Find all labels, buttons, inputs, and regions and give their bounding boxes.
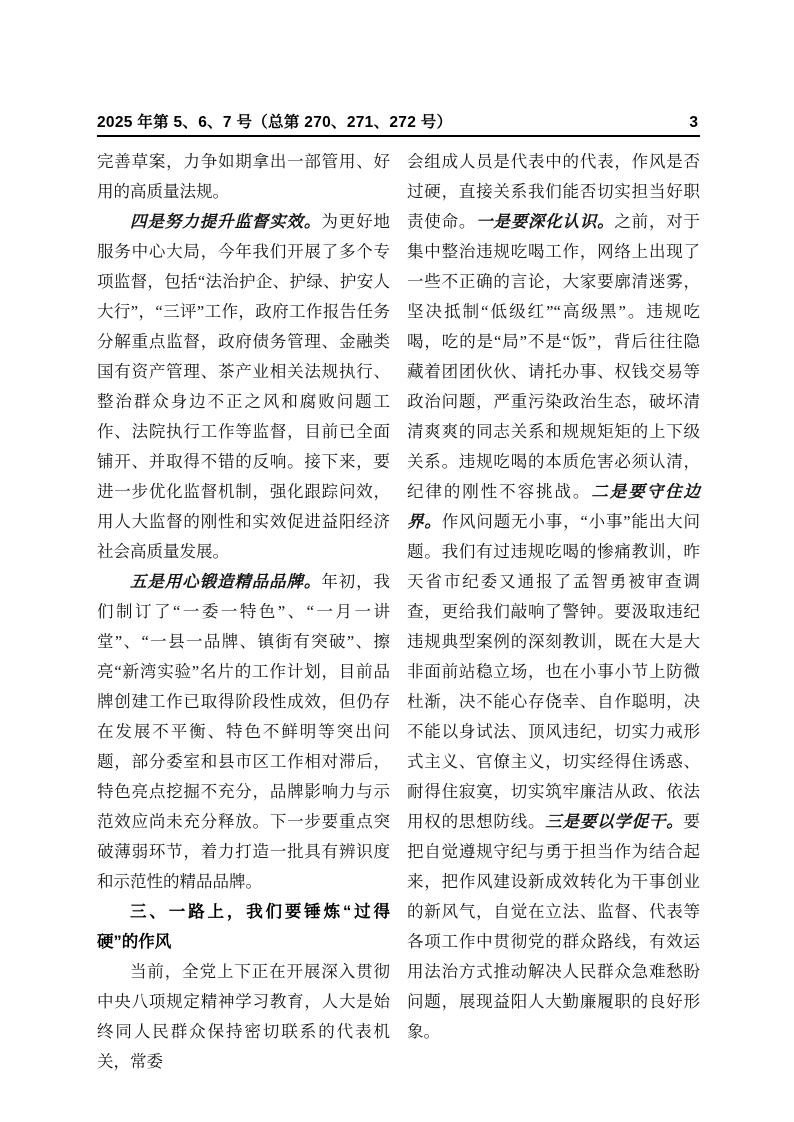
body-text: 之前，对于集中整治违规吃喝工作，网络上出现了一些不正确的言论，大家要廓清迷雾，坚… xyxy=(407,212,700,501)
body-text: 为更好地服务中心大局，今年我们开展了多个专项监督，包括“法治护企、护绿、护安人大… xyxy=(97,212,390,561)
right-column: 会组成人员是代表中的代表，作风是否过硬，直接关系我们能否切实担当好职责使命。一是… xyxy=(407,147,700,1077)
body-text: 完善草案，力争如期拿出一部管用、好用的高质量法规。 xyxy=(97,152,390,201)
lead-in-point-four: 四是努力提升监督实效。 xyxy=(130,212,321,231)
lead-in-point-one: 一是要深化认识。 xyxy=(476,212,614,231)
body-text: 年初，我们制订了“一委一特色”、“一月一讲堂”、“一县一品牌、镇街有突破”、擦亮… xyxy=(97,572,390,891)
left-column: 完善草案，力争如期拿出一部管用、好用的高质量法规。 四是努力提升监督实效。为更好… xyxy=(97,147,390,1077)
body-text: 作风问题无小事，“小事”能出大问题。我们有过违规吃喝的惨痛教训，昨天省市纪委又通… xyxy=(407,512,700,831)
paragraph-point-four: 四是努力提升监督实效。为更好地服务中心大局，今年我们开展了多个专项监督，包括“法… xyxy=(97,207,390,567)
section-heading-three: 三、一路上，我们要锤炼“过得硬”的作风 xyxy=(97,897,390,957)
article-body: 完善草案，力争如期拿出一部管用、好用的高质量法规。 四是努力提升监督实效。为更好… xyxy=(97,147,700,1077)
paragraph-current: 当前，全党上下正在开展深入贯彻中央八项规定精神学习教育，人大是始终同人民群众保持… xyxy=(97,957,390,1077)
paragraph-point-five: 五是用心锻造精品品牌。年初，我们制订了“一委一特色”、“一月一讲堂”、“一县一品… xyxy=(97,567,390,897)
lead-in-point-three: 三是要以学促干。 xyxy=(545,812,683,831)
body-text: 要把自觉遵规守纪与勇于担当作为结合起来，把作风建设新成效转化为干事创业的新风气，… xyxy=(407,812,700,1041)
paragraph-continuation: 会组成人员是代表中的代表，作风是否过硬，直接关系我们能否切实担当好职责使命。一是… xyxy=(407,147,700,1047)
page-header: 2025 年第 5、6、7 号（总第 270、271、272 号） 3 xyxy=(97,110,700,137)
document-page: 2025 年第 5、6、7 号（总第 270、271、272 号） 3 完善草案… xyxy=(0,0,794,1122)
page-number: 3 xyxy=(689,114,700,132)
lead-in-point-five: 五是用心锻造精品品牌。 xyxy=(130,572,321,591)
body-text: 当前，全党上下正在开展深入贯彻中央八项规定精神学习教育，人大是始终同人民群众保持… xyxy=(97,962,390,1071)
issue-info: 2025 年第 5、6、7 号（总第 270、271、272 号） xyxy=(97,110,452,132)
paragraph-continuation: 完善草案，力争如期拿出一部管用、好用的高质量法规。 xyxy=(97,147,390,207)
